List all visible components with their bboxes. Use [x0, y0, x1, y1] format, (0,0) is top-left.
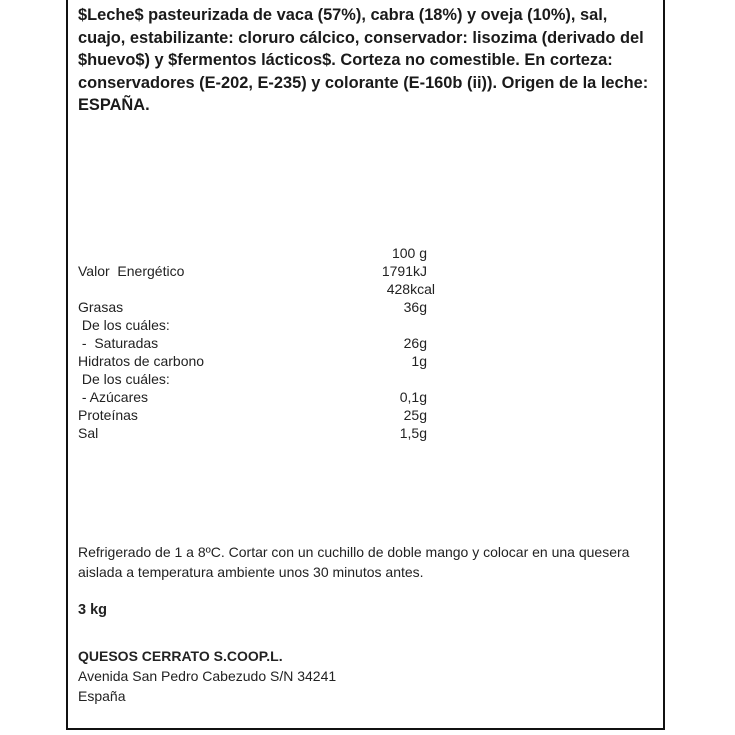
nutrition-value: 1791kJ: [307, 262, 427, 280]
nutrition-row-sugars: - Azúcares 0,1g: [78, 388, 498, 406]
nutrition-row-salt: Sal 1,5g: [78, 424, 498, 442]
nutrition-row-of-which-fat: De los cuáles:: [78, 316, 498, 334]
company-name: QUESOS CERRATO S.COOP.L.: [78, 646, 336, 666]
nutrition-label: Hidratos de carbono: [78, 352, 204, 370]
nutrition-row-fat: Grasas 36g: [78, 298, 498, 316]
nutrition-row-protein: Proteínas 25g: [78, 406, 498, 424]
nutrition-row-saturates: - Saturadas 26g: [78, 334, 498, 352]
product-label: $Leche$ pasteurizada de vaca (57%), cabr…: [66, 0, 665, 730]
nutrition-label: - Saturadas: [78, 334, 158, 352]
nutrition-value: 1,5g: [307, 424, 427, 442]
nutrition-label: Proteínas: [78, 406, 138, 424]
net-weight: 3 kg: [78, 602, 107, 618]
nutrition-row-carbohydrates: Hidratos de carbono 1g: [78, 352, 498, 370]
ingredients-text: $Leche$ pasteurizada de vaca (57%), cabr…: [78, 4, 658, 117]
nutrition-row-energy-kcal: 428kcal: [78, 280, 498, 298]
company-info: QUESOS CERRATO S.COOP.L. Avenida San Ped…: [78, 646, 336, 706]
nutrition-label: Sal: [78, 424, 98, 442]
nutrition-value: 26g: [307, 334, 427, 352]
nutrition-label: De los cuáles:: [78, 370, 170, 388]
nutrition-value: 0,1g: [307, 388, 427, 406]
nutrition-value: 1g: [307, 352, 427, 370]
nutrition-label: Valor Energético: [78, 262, 184, 280]
nutrition-header-row: 100 g: [78, 244, 498, 262]
storage-instructions: Refrigerado de 1 a 8ºC. Cortar con un cu…: [78, 542, 658, 582]
nutrition-row-energy-kj: Valor Energético 1791kJ: [78, 262, 498, 280]
company-address: Avenida San Pedro Cabezudo S/N 34241: [78, 666, 336, 686]
nutrition-value: 36g: [307, 298, 427, 316]
nutrition-label: - Azúcares: [78, 388, 148, 406]
nutrition-row-of-which-carbs: De los cuáles:: [78, 370, 498, 388]
nutrition-label: Grasas: [78, 298, 123, 316]
nutrition-header-per-100g: 100 g: [307, 244, 427, 262]
nutrition-value: 25g: [307, 406, 427, 424]
nutrition-label: De los cuáles:: [78, 316, 170, 334]
nutrition-value: 428kcal: [315, 280, 435, 298]
nutrition-table: 100 g Valor Energético 1791kJ 428kcal Gr…: [78, 244, 498, 442]
company-country: España: [78, 686, 336, 706]
